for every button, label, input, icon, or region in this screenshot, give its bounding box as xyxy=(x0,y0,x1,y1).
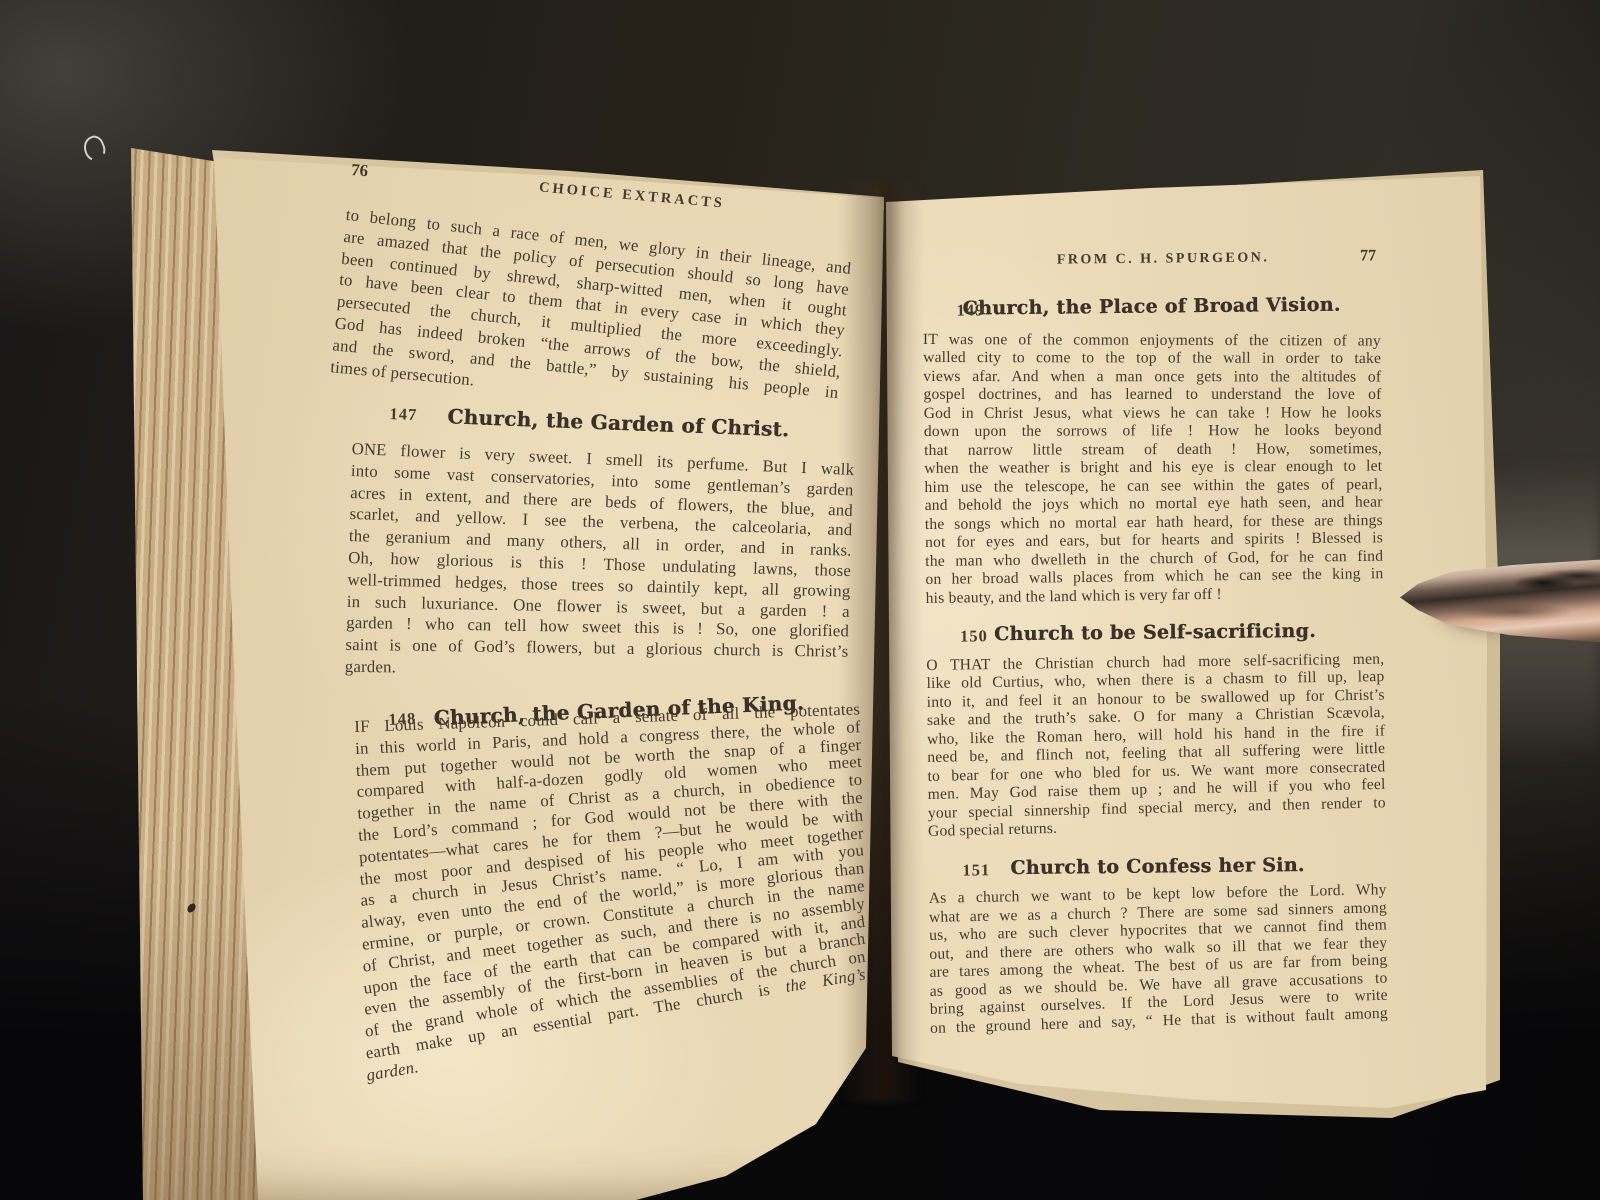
right-page-header: FROM C. H. SPURGEON. 77 xyxy=(922,247,1380,270)
right-page-content: FROM C. H. SPURGEON. 77 149 Church, the … xyxy=(922,247,1388,1038)
text-line: God in Christ Jesus, what views he can t… xyxy=(924,404,1382,423)
section-150-number: 150 xyxy=(960,627,988,646)
section-151-heading: 151 Church to Confess her Sin. xyxy=(928,855,1386,880)
left-page-number: 76 xyxy=(350,160,369,180)
section-149-number: 149 xyxy=(957,301,985,320)
right-running-title: FROM C. H. SPURGEON. xyxy=(1057,250,1270,267)
section-149-heading: 149 Church, the Place of Broad Vision. xyxy=(923,295,1381,320)
text-line: views afar. And when a man once gets int… xyxy=(923,367,1381,386)
text-line: when the weather is bright and his eye i… xyxy=(924,458,1382,479)
section-147-body: ONE flower is very sweet. I smell its pe… xyxy=(344,438,854,693)
section-147-number: 147 xyxy=(389,404,417,425)
section-150-heading: 150 Church to be Self-sacrificing. xyxy=(926,621,1384,646)
section-151-body: As a church we want to be kept low befor… xyxy=(929,885,1389,1038)
section-151-title: Church to Confess her Sin. xyxy=(1010,854,1305,879)
text-line: walled city to come to the top of the wa… xyxy=(923,349,1381,369)
book-photo: 76 CHOICE EXTRACTS to belong to such a r… xyxy=(0,0,1600,1200)
section-149-body: IT was one of the common enjoyments of t… xyxy=(923,326,1384,608)
text-line: IT was one of the common enjoyments of t… xyxy=(923,330,1381,350)
section-150-title: Church to be Self-sacrificing. xyxy=(994,620,1316,645)
section-150-body: O THAT the Christian church had more sel… xyxy=(926,652,1386,842)
text-line: down upon the sorrows of life ! How he l… xyxy=(924,422,1382,442)
right-page-number: 77 xyxy=(1360,247,1376,266)
section-151-number: 151 xyxy=(962,861,990,880)
section-148-body: IF Louis Napoleon could call a senate of… xyxy=(354,698,873,1086)
text-line: gospel doctrines, and has learned to und… xyxy=(923,386,1381,405)
section-149-title: Church, the Place of Broad Vision. xyxy=(962,294,1340,320)
text-line: garden. xyxy=(345,656,848,683)
text-line: that narrow little stream of death ! How… xyxy=(924,440,1382,460)
